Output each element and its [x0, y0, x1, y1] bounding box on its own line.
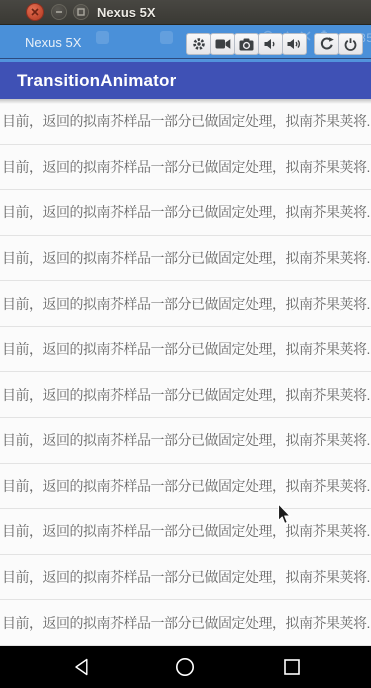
settings-button[interactable]: [186, 33, 211, 55]
list-item[interactable]: 目前，返回的拟南芥样品一部分已做固定处理，拟南芥果荚将...: [0, 464, 371, 510]
list-item-text: 目前，返回的拟南芥样品一部分已做固定处理，拟南芥果荚将...: [0, 567, 371, 587]
minimize-icon: [55, 8, 63, 16]
list-item-text: 目前，返回的拟南芥样品一部分已做固定处理，拟南芥果荚将...: [0, 476, 371, 496]
list-item[interactable]: 目前，返回的拟南芥样品一部分已做固定处理，拟南芥果荚将...: [0, 327, 371, 373]
video-camera-icon: [215, 38, 231, 50]
list-item-text: 目前，返回的拟南芥样品一部分已做固定处理，拟南芥果荚将...: [0, 111, 371, 131]
home-circle-icon: [175, 657, 195, 677]
list-item[interactable]: 目前，返回的拟南芥样品一部分已做固定处理，拟南芥果荚将...: [0, 372, 371, 418]
toolbar-group-capture: [186, 33, 258, 55]
list-item[interactable]: 目前，返回的拟南芥样品一部分已做固定处理，拟南芥果荚将...: [0, 555, 371, 601]
list-item-text: 目前，返回的拟南芥样品一部分已做固定处理，拟南芥果荚将...: [0, 294, 371, 314]
camera-icon: [239, 38, 254, 51]
power-icon: [344, 38, 357, 51]
list-item-text: 目前，返回的拟南芥样品一部分已做固定处理，拟南芥果荚将...: [0, 430, 371, 450]
volume-up-icon: [287, 38, 302, 50]
list-item-text: 目前，返回的拟南芥样品一部分已做固定处理，拟南芥果荚将...: [0, 385, 371, 405]
recents-square-icon: [283, 658, 301, 676]
screenshot-button[interactable]: [234, 33, 259, 55]
toolbar-group-power: [314, 33, 362, 55]
list-item-text: 目前，返回的拟南芥样品一部分已做固定处理，拟南芥果荚将...: [0, 248, 371, 268]
emulator-toolbar: Nexus 5X 21:35: [0, 25, 371, 58]
nav-recents-button[interactable]: [270, 646, 314, 688]
maximize-icon: [77, 8, 86, 17]
rotate-icon: [319, 37, 334, 51]
message-list: 目前，返回的拟南芥样品一部分已做固定处理，拟南芥果荚将... 目前，返回的拟南芥…: [0, 99, 371, 646]
list-item[interactable]: 目前，返回的拟南芥样品一部分已做固定处理，拟南芥果荚将...: [0, 509, 371, 555]
android-nav-bar: [0, 646, 371, 688]
toolbar-group-volume: [258, 33, 306, 55]
device-label: Nexus 5X: [25, 25, 81, 58]
power-button[interactable]: [338, 33, 363, 55]
gear-icon: [192, 37, 206, 51]
volume-down-icon: [264, 38, 277, 50]
ghost-status-icon: [96, 31, 109, 44]
list-item[interactable]: 目前，返回的拟南芥样品一部分已做固定处理，拟南芥果荚将...: [0, 600, 371, 646]
window-maximize-button[interactable]: [73, 4, 89, 20]
record-video-button[interactable]: [210, 33, 235, 55]
list-item[interactable]: 目前，返回的拟南芥样品一部分已做固定处理，拟南芥果荚将...: [0, 418, 371, 464]
list-item[interactable]: 目前，返回的拟南芥样品一部分已做固定处理，拟南芥果荚将...: [0, 99, 371, 145]
ghost-status-icon: [160, 31, 173, 44]
volume-up-button[interactable]: [282, 33, 307, 55]
list-item[interactable]: 目前，返回的拟南芥样品一部分已做固定处理，拟南芥果荚将...: [0, 145, 371, 191]
nav-back-button[interactable]: [60, 646, 104, 688]
list-item-text: 目前，返回的拟南芥样品一部分已做固定处理，拟南芥果荚将...: [0, 202, 371, 222]
list-item[interactable]: 目前，返回的拟南芥样品一部分已做固定处理，拟南芥果荚将...: [0, 190, 371, 236]
window-close-button[interactable]: [26, 3, 44, 21]
list-item[interactable]: 目前，返回的拟南芥样品一部分已做固定处理，拟南芥果荚将...: [0, 281, 371, 327]
list-item[interactable]: 目前，返回的拟南芥样品一部分已做固定处理，拟南芥果荚将...: [0, 236, 371, 282]
volume-down-button[interactable]: [258, 33, 283, 55]
close-icon: [31, 8, 39, 16]
emulator-window: Nexus 5X Nexus 5X 21:35: [0, 0, 371, 688]
list-item-text: 目前，返回的拟南芥样品一部分已做固定处理，拟南芥果荚将...: [0, 613, 371, 633]
window-title: Nexus 5X: [97, 0, 156, 25]
window-titlebar: Nexus 5X: [0, 0, 371, 25]
list-item-text: 目前，返回的拟南芥样品一部分已做固定处理，拟南芥果荚将...: [0, 339, 371, 359]
app-bar: TransitionAnimator: [0, 62, 371, 99]
list-item-text: 目前，返回的拟南芥样品一部分已做固定处理，拟南芥果荚将...: [0, 521, 371, 541]
back-triangle-icon: [74, 658, 90, 676]
nav-home-button[interactable]: [163, 646, 207, 688]
window-minimize-button[interactable]: [51, 4, 67, 20]
rotate-button[interactable]: [314, 33, 339, 55]
list-item-text: 目前，返回的拟南芥样品一部分已做固定处理，拟南芥果荚将...: [0, 157, 371, 177]
app-title: TransitionAnimator: [17, 62, 176, 99]
